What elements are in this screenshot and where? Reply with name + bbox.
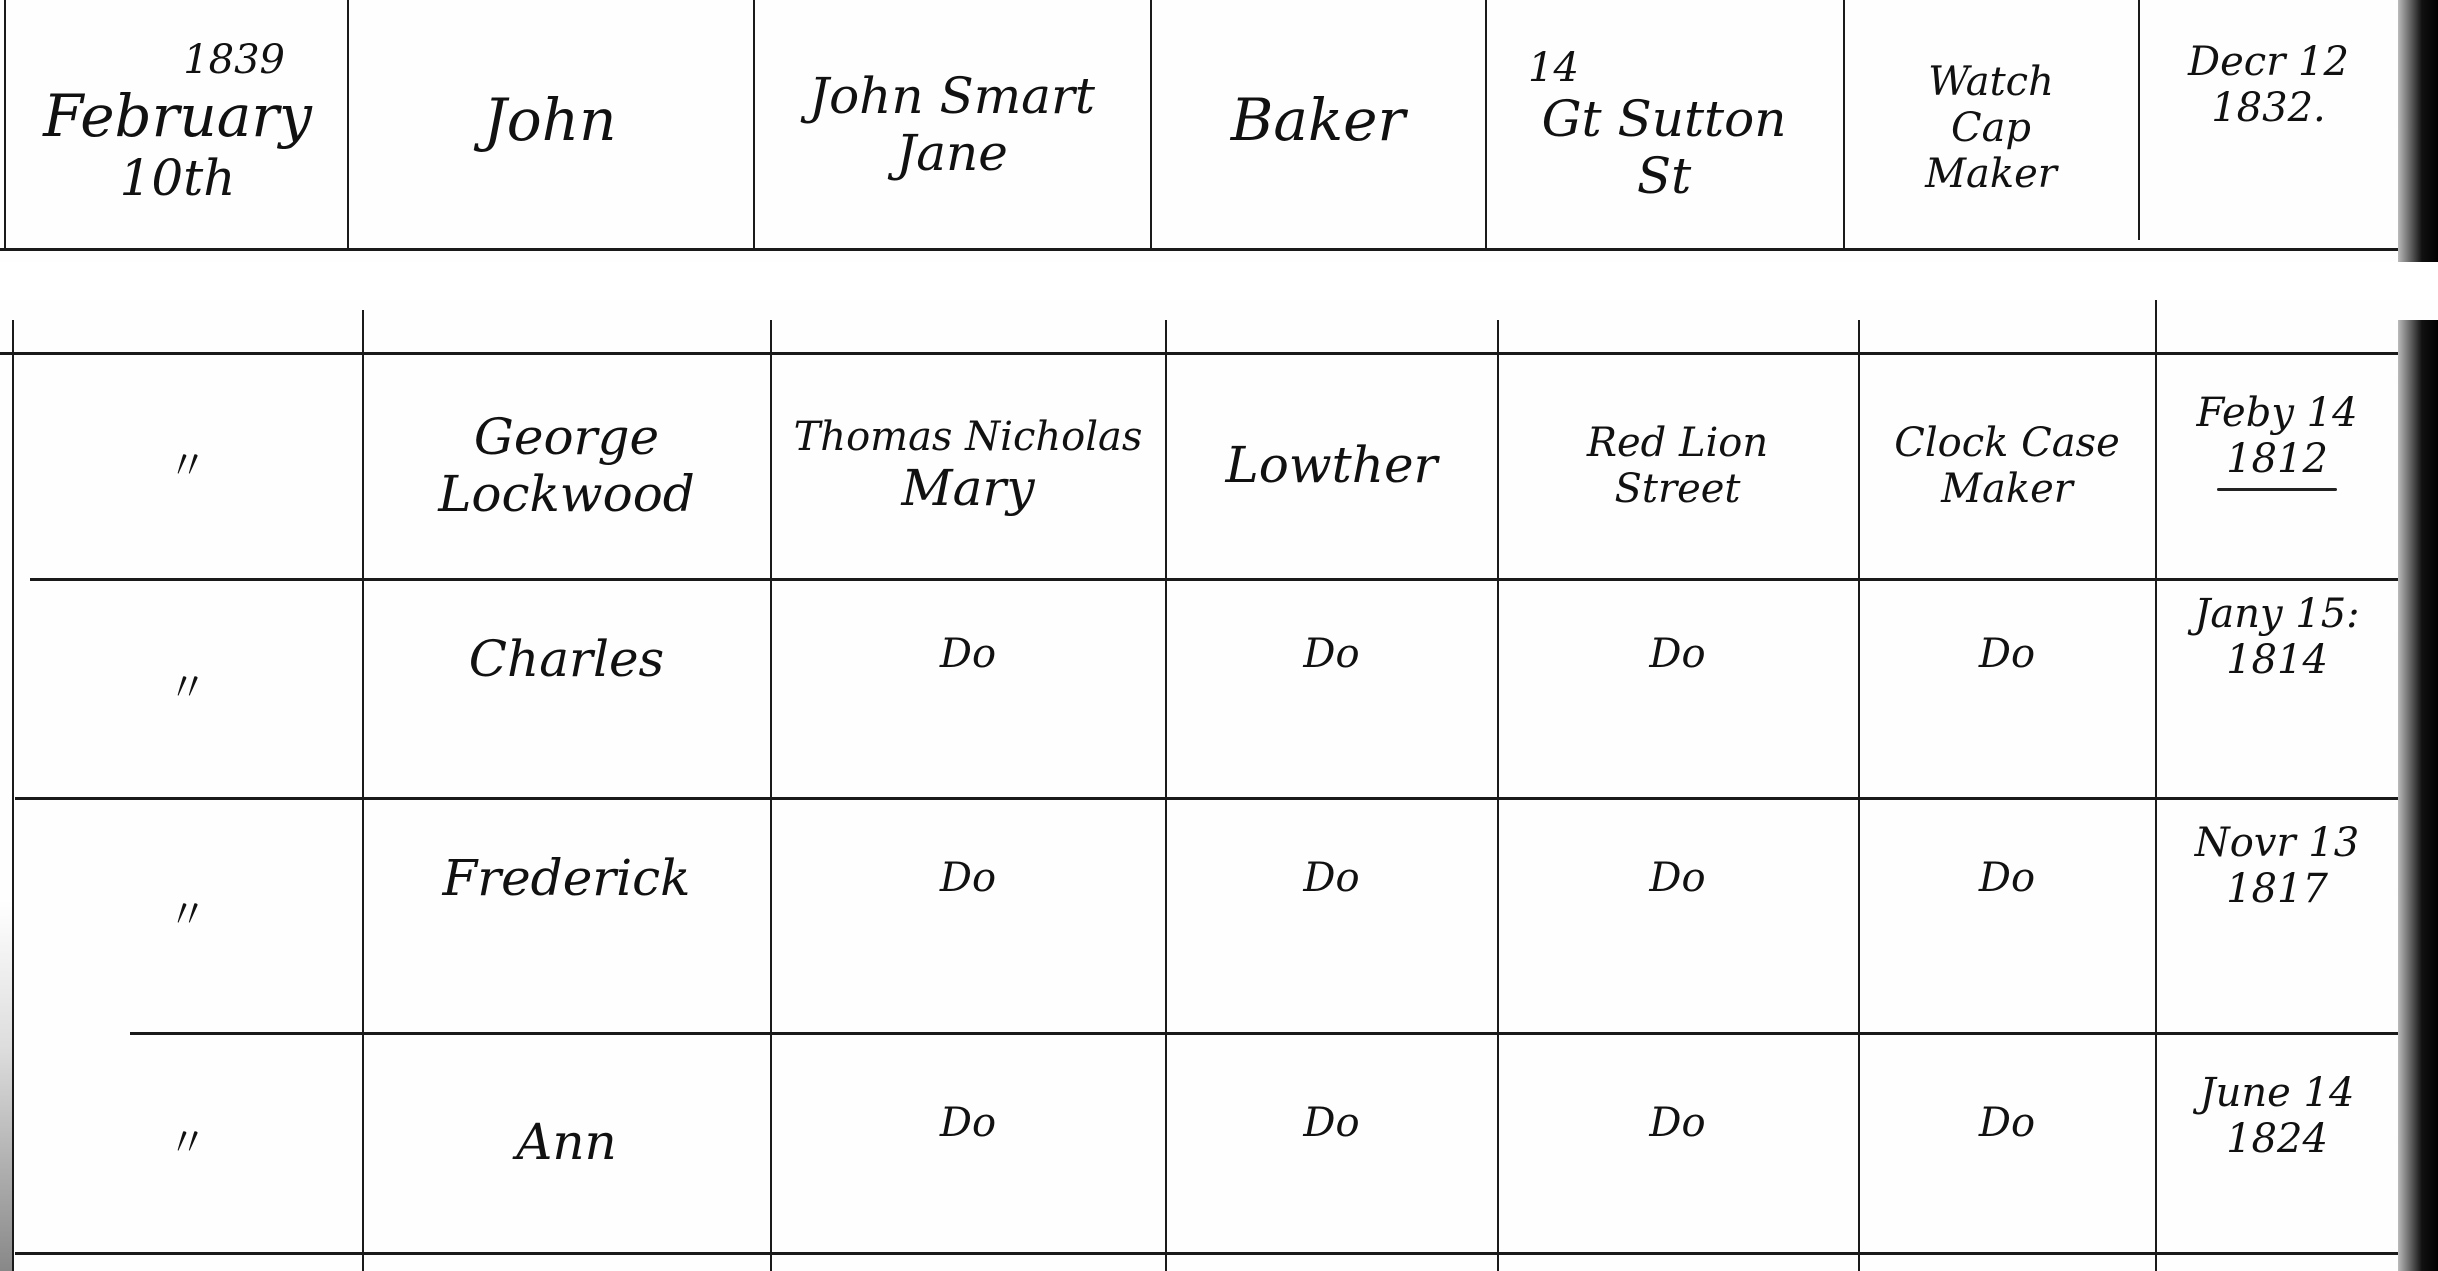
row-rule [15,1252,2400,1255]
column-rule [2138,0,2140,240]
abode-street: Gt Sutton [1542,91,1787,149]
mother-name: Mary [901,460,1034,518]
ditto-mark: Do [1649,1100,1705,1146]
occupation-line-1: Watch [1928,59,2054,105]
occupation-ditto-cell: Do [1861,581,2153,795]
father-name: John Smart [809,68,1095,126]
birth-date-year: 1812 [2226,436,2328,482]
column-rule [770,320,772,1271]
register-strip-bottom: 〃 George Lockwood Thomas Nicholas Mary L… [0,300,2438,1271]
register-strip-top: 1839 February 10th John John Smart Jane … [0,0,2438,262]
child-name-cell: Frederick [365,800,768,1030]
baptism-date-ditto: 〃 [15,355,360,577]
child-name: Frederick [443,850,691,908]
child-name-cell: George Lockwood [365,355,768,577]
column-rule [2155,300,2157,1271]
ditto-mark: Do [1979,1100,2035,1146]
occupation-ditto-cell: Do [1861,800,2153,1030]
ditto-mark: Do [1649,855,1705,901]
surname: Lowther [1226,437,1438,495]
binding-shadow [2398,320,2438,1271]
baptism-date-ditto: 〃 [15,1035,360,1250]
parents-cell: Thomas Nicholas Mary [773,355,1163,577]
occupation-cell: Clock Case Maker [1861,355,2153,577]
birth-date-day: Feby 14 [2196,390,2357,436]
child-name: John [484,87,617,154]
baptism-date-cell: 1839 February 10th [10,0,345,245]
column-rule [1485,0,1487,250]
baptism-year: 1839 [183,37,285,83]
ditto-mark: Do [1303,855,1359,901]
abode-ditto-cell: Do [1500,800,1855,1030]
abode-ditto-cell: Do [1500,581,1855,795]
binding-shadow [2398,0,2438,262]
baptism-date-ditto: 〃 [15,581,360,795]
abode-ditto-cell: Do [1500,1035,1855,1250]
child-name: Ann [516,1114,617,1172]
occupation-line-3: Maker [1925,151,2057,197]
column-rule [1858,320,1860,1271]
ditto-mark: Do [1979,631,2035,677]
column-rule [1497,320,1499,1271]
birth-date-year: 1814 [2226,637,2328,683]
occupation-line-1: Clock Case [1894,420,2120,466]
child-name-cell: Charles [365,581,768,795]
parents-cell: John Smart Jane [756,10,1148,240]
abode-number: 14 [1528,45,1579,91]
child-name-cell: Ann [365,1035,768,1250]
underline-flourish [2217,488,2337,491]
birth-date-year: 1817 [2226,866,2328,912]
abode-cell: Red Lion Street [1500,355,1855,577]
parents-ditto-cell: Do [773,1035,1163,1250]
baptism-month: February [43,83,312,150]
surname-ditto-cell: Do [1168,1035,1495,1250]
row-rule [0,248,2400,251]
column-rule [1165,320,1167,1271]
column-rule [1150,0,1152,250]
column-rule [362,310,364,1271]
ditto-mark: Do [940,1100,996,1146]
child-name: Charles [469,631,664,689]
column-rule [1843,0,1845,250]
child-name-line-1: George [474,409,659,467]
column-rule [347,0,349,250]
surname-cell: Baker [1153,20,1483,220]
baptism-date-ditto: 〃 [15,800,360,1030]
surname-ditto-cell: Do [1168,800,1495,1030]
surname-cell: Lowther [1168,355,1495,577]
occupation-ditto-cell: Do [1861,1035,2153,1250]
parents-ditto-cell: Do [773,800,1163,1030]
birth-date-cell: Novr 13 1817 [2158,800,2396,1030]
mother-name: Jane [896,125,1008,183]
ditto-mark: Do [1979,855,2035,901]
birth-date-cell: June 14 1824 [2158,1035,2396,1250]
birth-date-year: 1824 [2226,1116,2328,1162]
ditto-mark: Do [940,631,996,677]
birth-date-cell: Decr 12 1832. [2141,0,2396,170]
birth-date-day: Novr 13 [2195,820,2359,866]
abode-cell: 14 Gt Sutton St [1488,5,1840,245]
surname: Baker [1231,87,1405,154]
column-rule [4,0,6,250]
child-name-line-2: Lockwood [438,466,695,524]
child-name-cell: John [350,20,750,220]
birth-date-day: Jany 15: [2194,591,2359,637]
ditto-mark: Do [1303,1100,1359,1146]
birth-date-cell: Jany 15: 1814 [2158,581,2396,795]
ditto-mark: Do [1303,631,1359,677]
abode-suffix: St [1637,148,1691,206]
parents-ditto-cell: Do [773,581,1163,795]
ditto-mark: Do [940,855,996,901]
occupation-line-2: Maker [1941,466,2073,512]
occupation-line-2: Cap [1951,105,2031,151]
abode-line-1: Red Lion [1587,420,1768,466]
father-name: Thomas Nicholas [794,414,1143,460]
occupation-cell: Watch Cap Maker [1846,10,2136,245]
column-rule [12,320,14,1271]
baptism-day: 10th [120,150,236,208]
birth-date-day: June 14 [2200,1070,2355,1116]
birth-date-day: Decr 12 [2188,39,2349,85]
ditto-mark: Do [1649,631,1705,677]
birth-date-cell: Feby 14 1812 [2158,330,2396,550]
column-rule [753,0,755,250]
abode-line-2: Street [1614,466,1740,512]
birth-date-year: 1832. [2211,85,2326,131]
surname-ditto-cell: Do [1168,581,1495,795]
